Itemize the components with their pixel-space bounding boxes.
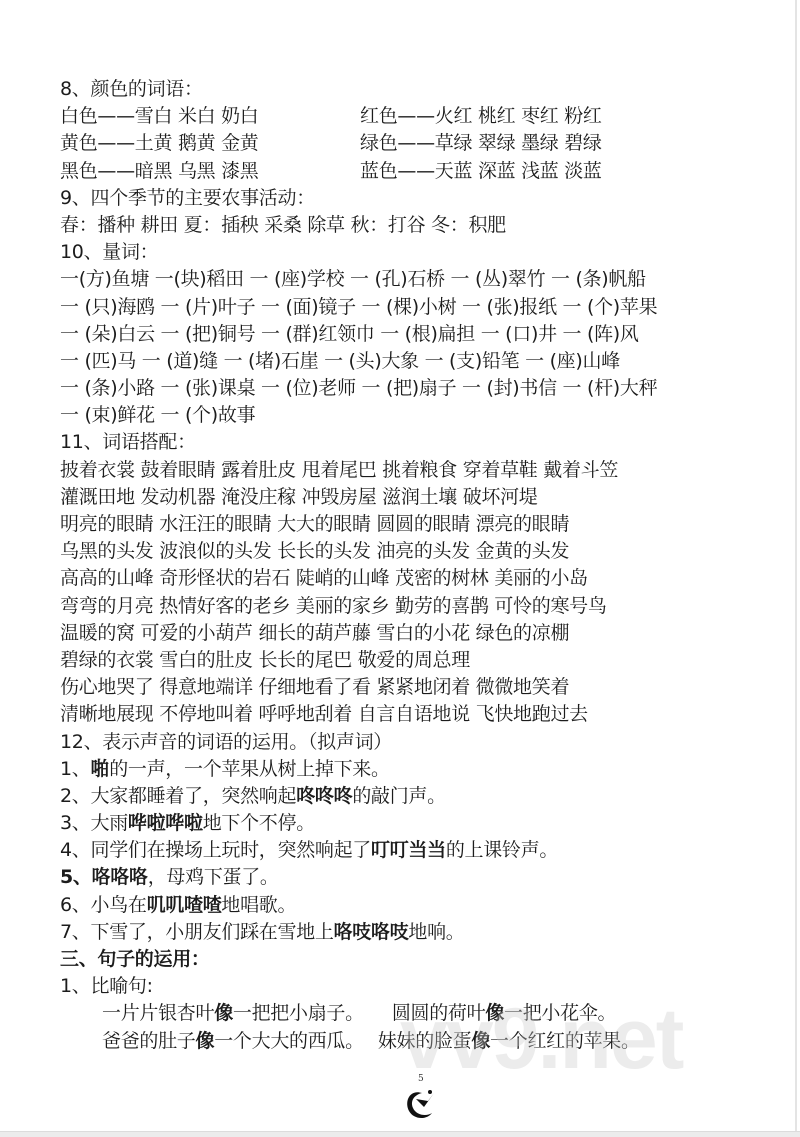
word-collocation-line: 弯弯的月亮 热情好客的老乡 美丽的家乡 勤劳的喜鹊 可怜的寒号鸟 xyxy=(60,593,760,620)
section-12-title: 12、表示声音的词语的运用。（拟声词） xyxy=(60,729,760,756)
measure-words-line: 一 (束)鲜花 一 (个)故事 xyxy=(60,402,760,429)
onomatopoeia-example: 6、小鸟在叽叽喳喳地唱歌。 xyxy=(60,892,760,919)
example-text: 的敲门声。 xyxy=(352,785,446,807)
example-text: 7、下雪了，小朋友们踩在雪地上 xyxy=(60,921,334,943)
example-text: 4、同学们在操场上玩时，突然响起了 xyxy=(60,839,371,861)
onomatopoeia-word: 啪 xyxy=(91,758,110,780)
color-words-yellow: 黄色——土黄 鹅黄 金黄 xyxy=(60,130,360,157)
measure-words-line: 一 (条)小路 一 (张)课桌 一 (位)老师 一 (把)扇子 一 (封)书信 … xyxy=(60,375,760,402)
example-text: 地响。 xyxy=(408,921,464,943)
measure-words-line: 一 (朵)白云 一 (把)铜号 一 (群)红领巾 一 (根)扁担 一 (口)井 … xyxy=(60,321,760,348)
example-text: 3、大雨 xyxy=(60,812,128,834)
seasonal-farm-activities: 春：播种 耕田 夏：插秧 采桑 除草 秋：打谷 冬：积肥 xyxy=(60,212,760,239)
onomatopoeia-word: 叮叮当当 xyxy=(371,839,446,861)
example-text: ，母鸡下蛋了。 xyxy=(148,866,279,888)
simile-text: 一把把小扇子。 xyxy=(233,1002,364,1024)
word-collocation-line: 温暖的窝 可爱的小葫芦 细长的葫芦藤 雪白的小花 绿色的凉棚 xyxy=(60,620,760,647)
page-bottom-edge xyxy=(0,1131,800,1137)
simile-text: 爸爸的肚子 xyxy=(102,1030,196,1052)
section-9-title: 9、四个季节的主要农事活动： xyxy=(60,185,760,212)
watermark: vv9.net xyxy=(400,990,682,1089)
example-text: 1、 xyxy=(60,758,91,780)
example-text: 的一声，一个苹果从树上掉下来。 xyxy=(109,758,390,780)
section-3-title: 三、句子的运用： xyxy=(60,946,760,973)
example-text: 地下个不停。 xyxy=(203,812,315,834)
example-text: 6、小鸟在 xyxy=(60,894,147,916)
document-page: 8、颜色的词语： 白色——雪白 米白 奶白 红色——火红 桃红 枣红 粉红 黄色… xyxy=(0,0,797,1131)
simile-keyword: 像 xyxy=(214,1002,233,1024)
measure-words-line: 一 (只)海鸥 一 (片)叶子 一 (面)镜子 一 (棵)小树 一 (张)报纸 … xyxy=(60,294,760,321)
word-collocation-line: 乌黑的头发 波浪似的头发 长长的头发 油亮的头发 金黄的头发 xyxy=(60,538,760,565)
color-words-black: 黑色——暗黑 乌黑 漆黑 xyxy=(60,158,360,185)
color-row-2: 黄色——土黄 鹅黄 金黄 绿色——草绿 翠绿 墨绿 碧绿 xyxy=(60,130,760,157)
color-words-red: 红色——火红 桃红 枣红 粉红 xyxy=(360,103,602,130)
example-text: 2、大家都睡着了，突然响起 xyxy=(60,785,296,807)
section-11-title: 11、词语搭配： xyxy=(60,429,760,456)
swallow-logo-icon xyxy=(400,1075,440,1125)
onomatopoeia-word: 叽叽喳喳 xyxy=(147,894,222,916)
simile-text: 一片片银杏叶 xyxy=(102,1002,214,1024)
onomatopoeia-word: 5、咯咯咯 xyxy=(60,866,148,888)
color-row-1: 白色——雪白 米白 奶白 红色——火红 桃红 枣红 粉红 xyxy=(60,103,760,130)
word-collocation-line: 清晰地展现 不停地叫着 呼呼地刮着 自言自语地说 飞快地跑过去 xyxy=(60,701,760,728)
word-collocation-line: 明亮的眼睛 水汪汪的眼睛 大大的眼睛 圆圆的眼睛 漂亮的眼睛 xyxy=(60,511,760,538)
color-words-white: 白色——雪白 米白 奶白 xyxy=(60,103,360,130)
onomatopoeia-example: 5、咯咯咯，母鸡下蛋了。 xyxy=(60,864,760,891)
word-collocation-line: 伤心地哭了 得意地端详 仔细地看了看 紧紧地闭着 微微地笑着 xyxy=(60,674,760,701)
onomatopoeia-word: 咯吱咯吱 xyxy=(334,921,409,943)
onomatopoeia-example: 2、大家都睡着了，突然响起咚咚咚的敲门声。 xyxy=(60,783,760,810)
measure-words-line: 一(方)鱼塘 一(块)稻田 一 (座)学校 一 (孔)石桥 一 (丛)翠竹 一 … xyxy=(60,266,760,293)
color-words-green: 绿色——草绿 翠绿 墨绿 碧绿 xyxy=(360,130,602,157)
section-10-title: 10、量词： xyxy=(60,239,760,266)
color-row-3: 黑色——暗黑 乌黑 漆黑 蓝色——天蓝 深蓝 浅蓝 淡蓝 xyxy=(60,158,760,185)
onomatopoeia-example: 1、啪的一声，一个苹果从树上掉下来。 xyxy=(60,756,760,783)
simile-keyword: 像 xyxy=(196,1030,215,1052)
measure-words-line: 一 (匹)马 一 (道)缝 一 (堵)石崖 一 (头)大象 一 (支)铅笔 一 … xyxy=(60,348,760,375)
onomatopoeia-word: 哗啦哗啦 xyxy=(128,812,203,834)
example-text: 地唱歌。 xyxy=(221,894,296,916)
example-text: 的上课铃声。 xyxy=(446,839,558,861)
color-words-blue: 蓝色——天蓝 深蓝 浅蓝 淡蓝 xyxy=(360,158,602,185)
word-collocation-line: 高高的山峰 奇形怪状的岩石 陡峭的山峰 茂密的树林 美丽的小岛 xyxy=(60,565,760,592)
section-8-title: 8、颜色的词语： xyxy=(60,76,760,103)
onomatopoeia-example: 3、大雨哗啦哗啦地下个不停。 xyxy=(60,810,760,837)
word-collocation-line: 披着衣裳 鼓着眼睛 露着肚皮 甩着尾巴 挑着粮食 穿着草鞋 戴着斗笠 xyxy=(60,457,760,484)
word-collocation-line: 灌溉田地 发动机器 淹没庄稼 冲毁房屋 滋润土壤 破坏河堤 xyxy=(60,484,760,511)
page-content: 8、颜色的词语： 白色——雪白 米白 奶白 红色——火红 桃红 枣红 粉红 黄色… xyxy=(60,76,760,1055)
onomatopoeia-word: 咚咚咚 xyxy=(296,785,352,807)
onomatopoeia-example: 7、下雪了，小朋友们踩在雪地上咯吱咯吱地响。 xyxy=(60,919,760,946)
onomatopoeia-example: 4、同学们在操场上玩时，突然响起了叮叮当当的上课铃声。 xyxy=(60,837,760,864)
simile-text: 一个大大的西瓜。 xyxy=(214,1030,364,1052)
word-collocation-line: 碧绿的衣裳 雪白的肚皮 长长的尾巴 敬爱的周总理 xyxy=(60,647,760,674)
